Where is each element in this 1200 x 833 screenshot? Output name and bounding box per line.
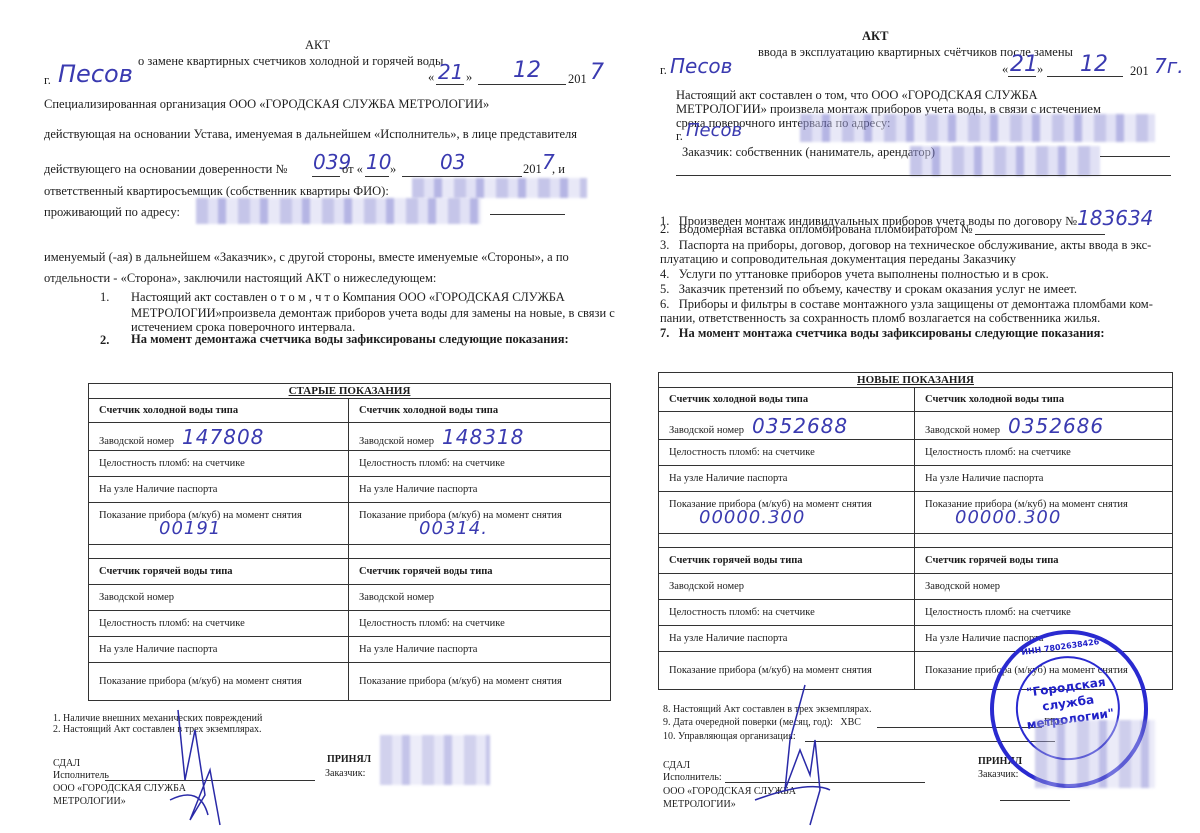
date-month: 12 <box>513 58 541 83</box>
power-of-attorney-year: 201 <box>523 162 542 177</box>
date-day: 21 <box>438 60 463 84</box>
city-prefix: г. <box>44 73 51 88</box>
passport-cell: На узле Наличие паспорта <box>89 477 349 503</box>
hot-serial-cell: Заводской номер <box>915 574 1173 600</box>
item-2-text: На момент демонтажа счетчика воды зафикс… <box>131 332 569 347</box>
hot-reading-cell: Показание прибора (м/куб) на момент снят… <box>89 663 349 701</box>
close-quote: » <box>390 162 396 177</box>
hot-reading-cell: Показание прибора (м/куб) на момент снят… <box>659 652 915 690</box>
power-of-attorney-day: 10 <box>366 150 391 174</box>
item-5: 5. Заказчик претензий по объему, качеств… <box>660 282 1077 297</box>
redacted-customer-signature <box>380 735 490 785</box>
passport-cell: На узле Наличие паспорта <box>659 626 915 652</box>
item-3: 3. Паспорта на приборы, договор, договор… <box>660 238 1151 253</box>
cold-1-reading: 00000.300 <box>699 510 914 526</box>
item-6-cont: пании, ответственность за сохранность пл… <box>660 311 1100 326</box>
item-4: 4. Услуги по уттановке приборов учета вы… <box>660 267 1049 282</box>
cold-2-serial-cell: Заводской номер148318 <box>349 423 611 451</box>
handed-label: СДАЛ <box>53 758 80 769</box>
item-1-number: 1. <box>100 290 109 305</box>
old-readings-table: СТАРЫЕ ПОКАЗАНИЯ Счетчик холодной воды т… <box>88 383 611 701</box>
seal-cell: Целостность пломб: на счетчике <box>89 451 349 477</box>
cold-2-serial-cell: Заводской номер0352686 <box>915 412 1173 440</box>
basis-paragraph: действующая на основании Устава, именуем… <box>44 127 577 142</box>
cold-1-serial: 147808 <box>182 425 264 449</box>
date-year-suffix: 7 <box>590 60 604 85</box>
cold-1-serial-cell: Заводской номер147808 <box>89 423 349 451</box>
executor-label: Исполнитель <box>53 770 109 781</box>
serial-label: Заводской номер <box>669 425 744 436</box>
city-prefix: г. <box>660 63 667 78</box>
cold-1-serial-cell: Заводской номер0352688 <box>659 412 915 440</box>
accepted-label: ПРИНЯЛ <box>327 754 371 765</box>
executor-org-line-1: ООО «ГОРОДСКАЯ СЛУЖБА <box>53 783 186 794</box>
cold-1-reading-cell: Показание прибора (м/куб) на момент снят… <box>89 503 349 545</box>
seal-cell: Целостность пломб: на счетчике <box>659 440 915 466</box>
cold-2-serial: 148318 <box>442 425 524 449</box>
act-title: АКТ <box>862 29 888 44</box>
note-2: 2. Настоящий Акт составлен в трех экземп… <box>53 724 262 735</box>
date-year: 201 <box>1130 64 1149 79</box>
redacted-address <box>196 198 481 224</box>
city-handwritten: Пеcов <box>58 60 133 88</box>
redacted-address <box>800 114 1155 142</box>
executor-org-line-2: МЕТРОЛОГИИ» <box>53 796 126 807</box>
note-8: 8. Настоящий Акт составлен в трех экземп… <box>663 704 872 715</box>
item-2-number: 2. <box>100 333 109 348</box>
hot-serial-cell: Заводской номер <box>659 574 915 600</box>
address-city: Пеcов <box>686 120 742 141</box>
tenant-label: ответственный квартиросъемщик (собственн… <box>44 184 389 199</box>
from-label: от « <box>342 162 363 177</box>
seal-cell: Целостность пломб: на счетчике <box>349 611 611 637</box>
serial-label: Заводской номер <box>359 436 434 447</box>
serial-label: Заводской номер <box>925 425 1000 436</box>
passport-cell: На узле Наличие паспорта <box>915 466 1173 492</box>
cold-2-reading: 00314. <box>419 521 610 537</box>
cold-2-reading: 00000.300 <box>955 510 1172 526</box>
note-9: 9. Дата очередной поверки (месяц, год): … <box>663 717 861 728</box>
date-year-suffix: 7г. <box>1154 54 1184 78</box>
note-10: 10. Управляющая организация: <box>663 731 796 742</box>
seal-cell: Целостность пломб: на счетчике <box>349 451 611 477</box>
cold-header-2: Счетчик холодной воды типа <box>349 399 611 423</box>
date-year: 201 <box>568 72 587 87</box>
hot-header-1: Счетчик горячей воды типа <box>659 548 915 574</box>
seal-cell: Целостность пломб: на счетчике <box>659 600 915 626</box>
customer-line: Заказчик: собственник (наниматель, аренд… <box>682 145 935 160</box>
hot-header-2: Счетчик горячей воды типа <box>349 559 611 585</box>
executor-org-line-1: ООО «ГОРОДСКАЯ СЛУЖБА <box>663 786 796 797</box>
executor-org-line-2: МЕТРОЛОГИИ» <box>663 799 736 810</box>
cold-header-1: Счетчик холодной воды типа <box>89 399 349 423</box>
parties-paragraph: отдельности - «Сторона», заключили насто… <box>44 271 436 286</box>
item-1-line-1: Настоящий акт составлен о т о м , ч т о … <box>131 290 565 305</box>
redacted-customer-name <box>910 146 1100 176</box>
passport-cell: На узле Наличие паспорта <box>349 637 611 663</box>
hot-reading-cell: Показание прибора (м/куб) на момент снят… <box>349 663 611 701</box>
cold-2-reading-cell: Показание прибора (м/куб) на момент снят… <box>915 492 1173 534</box>
act-replacement-page: АКТ о замене квартирных счетчиков холодн… <box>0 0 640 833</box>
executor-label: Исполнитель: <box>663 772 722 783</box>
seal-cell: Целостность пломб: на счетчике <box>915 600 1173 626</box>
hot-header-1: Счетчик горячей воды типа <box>89 559 349 585</box>
cold-1-reading: 00191 <box>159 521 348 537</box>
item-3-cont: плуатацию и сопроводительная документаци… <box>660 252 1016 267</box>
act-commissioning-page: АКТ ввода в эксплуатацию квартирных счёт… <box>640 0 1200 833</box>
intro-line-1: Настоящий акт составлен о том, что ООО «… <box>676 88 1038 103</box>
date-open-quote: « <box>428 70 434 85</box>
item-6: 6. Приборы и фильтры в составе монтажног… <box>660 297 1153 312</box>
contract-number: 183634 <box>1077 206 1153 230</box>
power-of-attorney-month: 03 <box>440 150 465 174</box>
seal-cell: Целостность пломб: на счетчике <box>915 440 1173 466</box>
note-1: 1. Наличие внешних механических поврежде… <box>53 713 262 724</box>
hot-serial-cell: Заводской номер <box>89 585 349 611</box>
passport-cell: На узле Наличие паспорта <box>89 637 349 663</box>
redacted-tenant-name <box>412 178 587 198</box>
hot-header-2: Счетчик горячей воды типа <box>915 548 1173 574</box>
date-month: 12 <box>1080 52 1108 77</box>
serial-label: Заводской номер <box>99 436 174 447</box>
city-handwritten: Пеcов <box>670 54 732 78</box>
table-title: НОВЫЕ ПОКАЗАНИЯ <box>659 373 1173 388</box>
cold-header-1: Счетчик холодной воды типа <box>659 388 915 412</box>
item-1-line-2: МЕТРОЛОГИИ»произвела демонтаж приборов у… <box>131 306 615 321</box>
passport-cell: На узле Наличие паспорта <box>349 477 611 503</box>
seal-cell: Целостность пломб: на счетчике <box>89 611 349 637</box>
date-day: 21 <box>1010 52 1038 77</box>
customer-label: Заказчик: <box>325 768 365 779</box>
act-title: АКТ <box>305 38 330 53</box>
customer-label: Заказчик: <box>978 769 1018 780</box>
cold-1-serial: 0352688 <box>752 414 848 438</box>
passport-cell: На узле Наличие паспорта <box>659 466 915 492</box>
date-close-quote: » <box>466 70 472 85</box>
act-subtitle: о замене квартирных счетчиков холодной и… <box>138 54 443 69</box>
cold-1-reading-cell: Показание прибора (м/куб) на момент снят… <box>659 492 915 534</box>
address-label: проживающий по адресу: <box>44 205 180 220</box>
executor-signature <box>750 680 860 830</box>
date-close-quote: » <box>1037 62 1043 77</box>
item-2: 2. Водомерная вставка опломбирована плом… <box>660 222 973 237</box>
table-title: СТАРЫЕ ПОКАЗАНИЯ <box>89 384 611 399</box>
hot-serial-cell: Заводской номер <box>349 585 611 611</box>
cold-header-2: Счетчик холодной воды типа <box>915 388 1173 412</box>
power-of-attorney-label: действующего на основании доверенности № <box>44 162 287 177</box>
cold-2-reading-cell: Показание прибора (м/куб) на момент снят… <box>349 503 611 545</box>
item-7: 7. На момент монтажа счетчика воды зафик… <box>660 326 1105 341</box>
power-of-attorney-end: , и <box>552 162 565 177</box>
date-open-quote: « <box>1002 62 1008 77</box>
address-city-prefix: г. <box>676 129 683 144</box>
customer-paragraph: именуемый (-ая) в дальнейшем «Заказчик»,… <box>44 250 569 265</box>
org-paragraph: Специализированная организация ООО «ГОРО… <box>44 97 489 112</box>
handed-label: СДАЛ <box>663 760 690 771</box>
redacted-customer-signature <box>1035 720 1155 788</box>
cold-2-serial: 0352686 <box>1008 414 1104 438</box>
